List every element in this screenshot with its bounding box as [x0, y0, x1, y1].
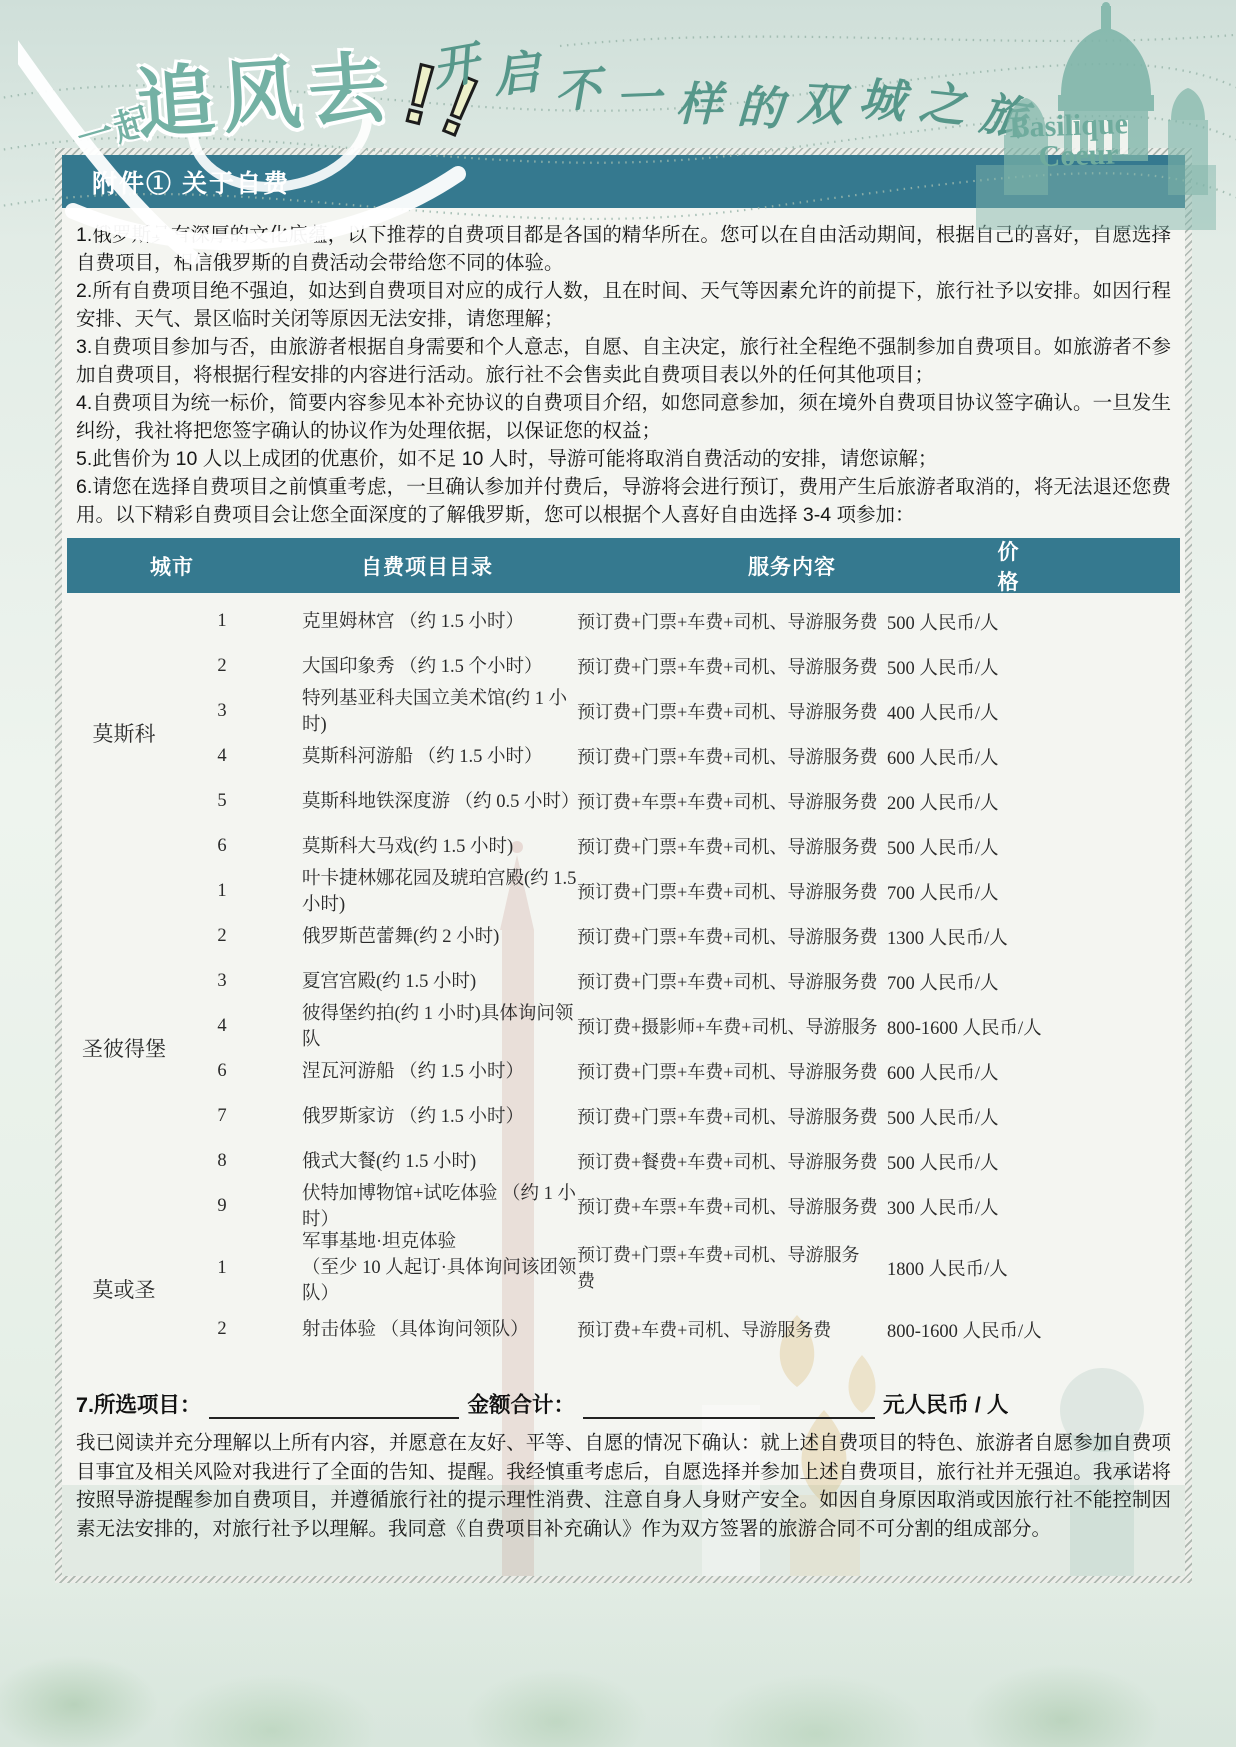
selection-line: 7.所选项目： 金额合计： 元人民币 / 人	[76, 1388, 1171, 1419]
group-rows: 1军事基地·坦克体验（至少 10 人起订·具体询问该团领队）预订费+门票+车费+…	[167, 1229, 1180, 1352]
table-row: 1克里姆林宫 （约 1.5 小时）预订费+门票+车费+司机、导游服务费500 人…	[167, 599, 1180, 644]
row-number: 2	[167, 1319, 277, 1340]
document-title: 附件① 关于自费	[92, 164, 290, 200]
item-cell: 莫斯科河游船 （约 1.5 小时）	[277, 744, 577, 770]
price-cell: 800-1600 人民币/人	[887, 1317, 1180, 1343]
term-paragraph: 1.俄罗斯具有深厚的文化底蕴，以下推荐的自费项目都是各国的精华所在。您可以在自由…	[76, 221, 1171, 277]
tagline-char: 城	[857, 62, 907, 131]
row-number: 7	[167, 1106, 277, 1127]
row-number: 6	[167, 836, 277, 857]
service-cell: 预订费+门票+车费+司机、导游服务费	[577, 879, 887, 905]
price-cell: 1300 人民币/人	[887, 924, 1180, 950]
logo-main-text: 追风去	[132, 25, 397, 155]
term-paragraph: 6.请您在选择自费项目之前慎重考虑，一旦确认参加并付费后，导游将会进行预订，费用…	[76, 473, 1171, 529]
service-cell: 预订费+门票+车费+司机、导游服务费	[577, 834, 887, 860]
row-number: 3	[167, 971, 277, 992]
term-paragraph: 2.所有自费项目绝不强迫，如达到自费项目对应的成行人数，且在时间、天气等因素允许…	[76, 277, 1171, 333]
city-cell: 圣彼得堡	[67, 869, 167, 1229]
item-name: 夏宫宫殿(约 1.5 小时)	[302, 969, 577, 995]
item-name: 克里姆林宫 （约 1.5 小时）	[302, 609, 577, 635]
service-cell: 预订费+车票+车费+司机、导游服务费	[577, 789, 887, 815]
table-group: 圣彼得堡1叶卡捷林娜花园及琥珀宫殿(约 1.5 小时)预订费+门票+车费+司机、…	[67, 869, 1180, 1229]
tagline-char: 开	[427, 27, 484, 100]
exclamation-icon: !	[429, 56, 491, 156]
price-cell: 700 人民币/人	[887, 879, 1180, 905]
tagline-char: 之	[917, 66, 970, 136]
item-cell: 莫斯科地铁深度游 （约 0.5 小时）	[277, 789, 577, 815]
item-name: 俄罗斯芭蕾舞(约 2 小时)	[302, 924, 577, 950]
item-name: 彼得堡约拍(约 1 小时)具体询问领队	[302, 1001, 577, 1053]
tagline: 开启不一样的双城之旅	[432, 26, 1027, 92]
term-paragraph: 4.自费项目为统一标价，简要内容参见本补充协议的自费项目介绍，如您同意参加，须在…	[76, 389, 1171, 445]
item-name: 军事基地·坦克体验	[302, 1229, 577, 1255]
header-city: 城市	[67, 551, 277, 581]
tagline-char: 一	[614, 61, 662, 129]
item-cell: 叶卡捷林娜花园及琥珀宫殿(约 1.5 小时)	[277, 866, 577, 918]
document-title-bar: 附件① 关于自费	[62, 155, 1185, 208]
service-cell: 预订费+门票+车费+司机、导游服务费	[577, 969, 887, 995]
item-cell: 夏宫宫殿(约 1.5 小时)	[277, 969, 577, 995]
row-number: 4	[167, 746, 277, 767]
service-cell: 预订费+摄影师+车费+司机、导游服务	[577, 1014, 887, 1040]
price-cell: 500 人民币/人	[887, 609, 1180, 635]
service-cell: 预订费+餐费+车费+司机、导游服务费	[577, 1149, 887, 1175]
terms-section: 1.俄罗斯具有深厚的文化底蕴，以下推荐的自费项目都是各国的精华所在。您可以在自由…	[76, 221, 1171, 529]
bottom-watermark	[0, 1577, 1236, 1747]
item-note: （至少 10 人起订·具体询问该团领队）	[302, 1255, 577, 1307]
row-number: 1	[167, 1258, 277, 1279]
row-number: 2	[167, 926, 277, 947]
fee-table: 城市 自费项目目录 服务内容 价格 莫斯科1克里姆林宫 （约 1.5 小时）预订…	[67, 538, 1180, 1352]
price-cell: 500 人民币/人	[887, 654, 1180, 680]
price-cell: 500 人民币/人	[887, 1149, 1180, 1175]
item-cell: 俄罗斯芭蕾舞(约 2 小时)	[277, 924, 577, 950]
table-row: 8俄式大餐(约 1.5 小时)预订费+餐费+车费+司机、导游服务费500 人民币…	[167, 1139, 1180, 1184]
item-name: 叶卡捷林娜花园及琥珀宫殿(约 1.5 小时)	[302, 866, 577, 918]
selected-items-blank[interactable]	[209, 1393, 459, 1419]
price-cell: 800-1600 人民币/人	[887, 1014, 1180, 1040]
row-number: 4	[167, 1016, 277, 1037]
row-number: 3	[167, 701, 277, 722]
row-number: 5	[167, 791, 277, 812]
item-name: 俄罗斯家访 （约 1.5 小时）	[302, 1104, 577, 1130]
price-cell: 600 人民币/人	[887, 744, 1180, 770]
tagline-char: 启	[490, 36, 543, 106]
table-group: 莫或圣1军事基地·坦克体验（至少 10 人起订·具体询问该团领队）预订费+门票+…	[67, 1229, 1180, 1352]
document-frame: 附件① 关于自费 1.俄罗斯具有深厚的文化底蕴，以下推荐的自费项目都是各国的精华…	[55, 148, 1192, 1583]
document-content: 附件① 关于自费 1.俄罗斯具有深厚的文化底蕴，以下推荐的自费项目都是各国的精华…	[62, 155, 1185, 1543]
row-number: 2	[167, 656, 277, 677]
item-cell: 涅瓦河游船 （约 1.5 小时）	[277, 1059, 577, 1085]
item-name: 莫斯科地铁深度游 （约 0.5 小时）	[302, 789, 577, 815]
total-amount-label: 金额合计：	[467, 1388, 575, 1419]
term-paragraph: 3.自费项目参加与否，由旅游者根据自身需要和个人意志，自愿、自主决定，旅行社全程…	[76, 333, 1171, 389]
group-rows: 1叶卡捷林娜花园及琥珀宫殿(约 1.5 小时)预订费+门票+车费+司机、导游服务…	[167, 869, 1180, 1229]
service-cell: 预订费+门票+车费+司机、导游服务费	[577, 699, 887, 725]
document: 附件① 关于自费 1.俄罗斯具有深厚的文化底蕴，以下推荐的自费项目都是各国的精华…	[62, 155, 1185, 1576]
row-number: 8	[167, 1151, 277, 1172]
price-cell: 1800 人民币/人	[887, 1255, 1180, 1281]
table-row: 1军事基地·坦克体验（至少 10 人起订·具体询问该团领队）预订费+门票+车费+…	[167, 1229, 1180, 1307]
table-body: 莫斯科1克里姆林宫 （约 1.5 小时）预订费+门票+车费+司机、导游服务费50…	[67, 599, 1180, 1352]
service-cell: 预订费+车费+司机、导游服务费	[577, 1317, 887, 1343]
tagline-char: 样	[676, 68, 722, 134]
price-cell: 500 人民币/人	[887, 1104, 1180, 1130]
row-number: 9	[167, 1196, 277, 1217]
price-cell: 600 人民币/人	[887, 1059, 1180, 1085]
table-header: 城市 自费项目目录 服务内容 价格	[67, 538, 1180, 593]
table-group: 莫斯科1克里姆林宫 （约 1.5 小时）预订费+门票+车费+司机、导游服务费50…	[67, 599, 1180, 869]
item-cell: 俄罗斯家访 （约 1.5 小时）	[277, 1104, 577, 1130]
item-name: 大国印象秀 （约 1.5 个小时）	[302, 654, 577, 680]
tagline-char: 旅	[976, 77, 1032, 149]
table-row: 5莫斯科地铁深度游 （约 0.5 小时）预订费+车票+车费+司机、导游服务费20…	[167, 779, 1180, 824]
table-row: 2大国印象秀 （约 1.5 个小时）预订费+门票+车费+司机、导游服务费500 …	[167, 644, 1180, 689]
confirmation-paragraph: 我已阅读并充分理解以上所有内容，并愿意在友好、平等、自愿的情况下确认：就上述自费…	[76, 1429, 1171, 1543]
service-cell: 预订费+门票+车费+司机、导游服务费	[577, 744, 887, 770]
item-cell: 大国印象秀 （约 1.5 个小时）	[277, 654, 577, 680]
price-cell: 200 人民币/人	[887, 789, 1180, 815]
item-cell: 彼得堡约拍(约 1 小时)具体询问领队	[277, 1001, 577, 1053]
table-row: 6涅瓦河游船 （约 1.5 小时）预订费+门票+车费+司机、导游服务费600 人…	[167, 1049, 1180, 1094]
item-cell: 克里姆林宫 （约 1.5 小时）	[277, 609, 577, 635]
item-name: 莫斯科大马戏(约 1.5 小时)	[302, 834, 577, 860]
service-cell: 预订费+门票+车费+司机、导游服务费	[577, 609, 887, 635]
item-cell: 特列基亚科夫国立美术馆(约 1 小时)	[277, 686, 577, 738]
service-cell: 预订费+车票+车费+司机、导游服务费	[577, 1194, 887, 1220]
table-row: 1叶卡捷林娜花园及琥珀宫殿(约 1.5 小时)预订费+门票+车费+司机、导游服务…	[167, 869, 1180, 914]
item-name: 俄式大餐(约 1.5 小时)	[302, 1149, 577, 1175]
table-row: 4莫斯科河游船 （约 1.5 小时）预订费+门票+车费+司机、导游服务费600 …	[167, 734, 1180, 779]
tagline-char: 的	[736, 71, 784, 139]
item-cell: 伏特加博物馆+试吃体验 （约 1 小时）	[277, 1181, 577, 1233]
item-cell: 莫斯科大马戏(约 1.5 小时)	[277, 834, 577, 860]
table-row: 7俄罗斯家访 （约 1.5 小时）预订费+门票+车费+司机、导游服务费500 人…	[167, 1094, 1180, 1139]
row-number: 1	[167, 881, 277, 902]
header-price: 价格	[987, 536, 1180, 596]
service-cell: 预订费+门票+车费+司机、导游服务费	[577, 1104, 887, 1130]
item-cell: 射击体验 （具体询问领队）	[277, 1317, 577, 1343]
price-cell: 300 人民币/人	[887, 1194, 1180, 1220]
service-cell: 预订费+门票+车费+司机、导游服务费	[577, 1059, 887, 1085]
table-row: 2射击体验 （具体询问领队）预订费+车费+司机、导游服务费800-1600 人民…	[167, 1307, 1180, 1352]
table-row: 9伏特加博物馆+试吃体验 （约 1 小时）预订费+车票+车费+司机、导游服务费3…	[167, 1184, 1180, 1229]
table-row: 4彼得堡约拍(约 1 小时)具体询问领队预订费+摄影师+车费+司机、导游服务80…	[167, 1004, 1180, 1049]
header-service: 服务内容	[637, 551, 987, 581]
selected-items-label: 7.所选项目：	[76, 1388, 201, 1419]
item-name: 莫斯科河游船 （约 1.5 小时）	[302, 744, 577, 770]
city-cell: 莫斯科	[67, 599, 167, 869]
service-cell: 预订费+门票+车费+司机、导游服务费	[577, 924, 887, 950]
header-item: 自费项目目录	[277, 551, 637, 581]
row-number: 1	[167, 611, 277, 632]
term-paragraph: 5.此售价为 10 人以上成团的优惠价，如不足 10 人时，导游可能将取消自费活…	[76, 445, 1171, 473]
price-cell: 400 人民币/人	[887, 699, 1180, 725]
item-name: 伏特加博物馆+试吃体验 （约 1 小时）	[302, 1181, 577, 1233]
item-cell: 俄式大餐(约 1.5 小时)	[277, 1149, 577, 1175]
city-cell: 莫或圣	[67, 1229, 167, 1352]
item-name: 涅瓦河游船 （约 1.5 小时）	[302, 1059, 577, 1085]
exclamation-icon: !	[395, 44, 446, 145]
unit-label: 元人民币 / 人	[883, 1388, 1008, 1419]
table-row: 6莫斯科大马戏(约 1.5 小时)预订费+门票+车费+司机、导游服务费500 人…	[167, 824, 1180, 869]
total-amount-blank[interactable]	[583, 1393, 875, 1419]
group-rows: 1克里姆林宫 （约 1.5 小时）预订费+门票+车费+司机、导游服务费500 人…	[167, 599, 1180, 869]
item-name: 射击体验 （具体询问领队）	[302, 1317, 577, 1343]
price-cell: 500 人民币/人	[887, 834, 1180, 860]
item-cell: 军事基地·坦克体验（至少 10 人起订·具体询问该团领队）	[277, 1229, 577, 1307]
row-number: 6	[167, 1061, 277, 1082]
table-row: 3夏宫宫殿(约 1.5 小时)预订费+门票+车费+司机、导游服务费700 人民币…	[167, 959, 1180, 1004]
tagline-char: 双	[796, 67, 845, 135]
service-cell: 预订费+门票+车费+司机、导游服务费	[577, 654, 887, 680]
price-cell: 700 人民币/人	[887, 969, 1180, 995]
service-cell: 预订费+门票+车费+司机、导游服务 费	[577, 1242, 887, 1294]
table-row: 3特列基亚科夫国立美术馆(约 1 小时)预订费+门票+车费+司机、导游服务费40…	[167, 689, 1180, 734]
table-row: 2俄罗斯芭蕾舞(约 2 小时)预订费+门票+车费+司机、导游服务费1300 人民…	[167, 914, 1180, 959]
basilica-caption-line1: Basilique	[1009, 103, 1236, 143]
item-name: 特列基亚科夫国立美术馆(约 1 小时)	[302, 686, 577, 738]
tagline-char: 不	[552, 52, 602, 121]
